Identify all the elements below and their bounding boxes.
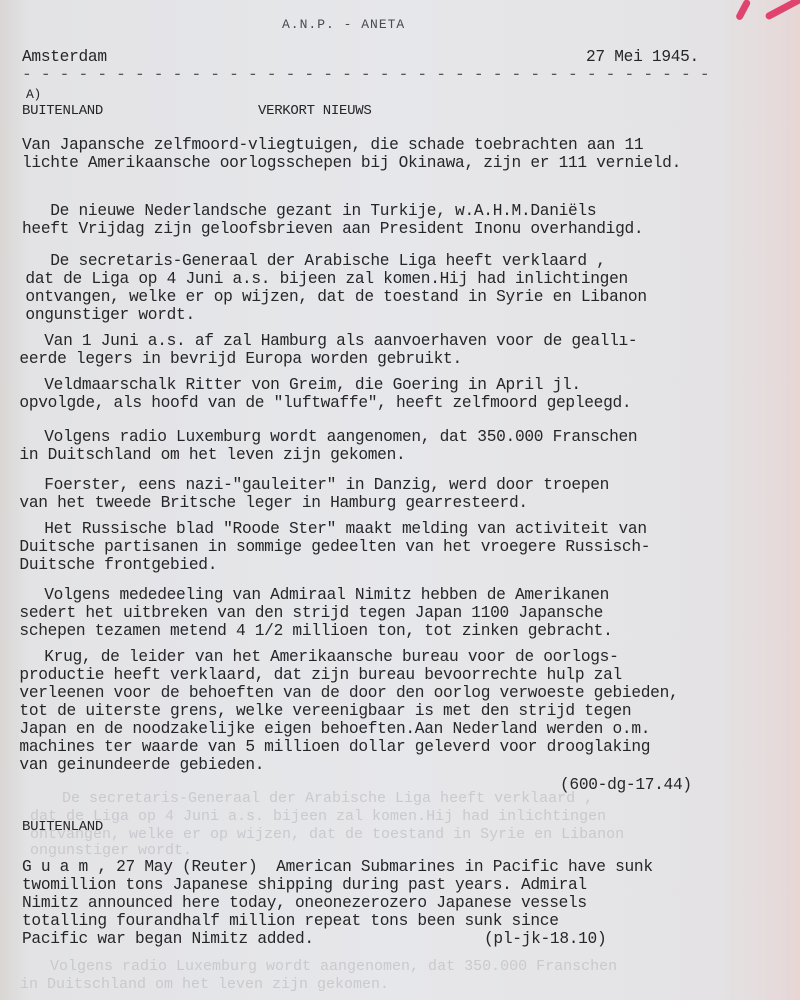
reference-code: (600-dg-17.44): [560, 776, 692, 794]
news-line: lichte Amerikaansche oorlogsschepen bij …: [22, 154, 681, 172]
news-line: Pacific war began Nimitz added.: [22, 930, 314, 948]
bleed-through-text: ongunstiger wordt.: [30, 842, 192, 859]
news-line: schepen tezamen metend 4 1/2 millioen to…: [10, 622, 613, 640]
news-line: Krug, de leider van het Amerikaansche bu…: [16, 648, 619, 666]
news-line: sedert het uitbreken van den strijd tege…: [10, 604, 603, 622]
date: 27 Mei 1945.: [586, 48, 699, 66]
section-heading: BUITENLAND: [22, 102, 103, 120]
news-line: Van 1 Juni a.s. af zal Hamburg als aanvo…: [16, 332, 637, 350]
news-line: Duitsche frontgebied.: [10, 556, 217, 574]
bleed-through-text: in Duitschland om het leven zijn gekomen…: [20, 976, 389, 993]
news-line: ontvangen, welke er op wijzen, dat de to…: [16, 288, 647, 306]
news-line: machines ter waarde van 5 millioen dolla…: [10, 738, 650, 756]
news-line: opvolgde, als hoofd van de "luftwaffe", …: [10, 394, 631, 412]
news-line: De secretaris-Generaal der Arabische Lig…: [22, 252, 606, 270]
red-pencil-mark: [764, 0, 800, 21]
news-line: Van Japansche zelfmoord-vliegtuigen, die…: [22, 136, 643, 154]
news-line: heeft Vrijdag zijn geloofsbrieven aan Pr…: [22, 220, 643, 238]
news-line: ongunstiger wordt.: [16, 306, 195, 324]
agency-header: A.N.P. - ANETA: [282, 16, 405, 34]
section-heading: BUITENLAND: [22, 818, 103, 836]
bleed-through-text: De secretaris-Generaal der Arabische Lig…: [62, 790, 593, 807]
bleed-through-text: Volgens radio Luxemburg wordt aangenomen…: [50, 958, 617, 975]
bleed-through-text: dat de Liga op 4 Juni a.s. bijeen zal ko…: [30, 808, 606, 825]
news-line: De nieuwe Nederlandsche gezant in Turkij…: [22, 202, 596, 220]
news-line: twomillion tons Japanese shipping during…: [22, 876, 587, 894]
news-line: Volgens radio Luxemburg wordt aangenomen…: [16, 428, 637, 446]
section-subheading: VERKORT NIEUWS: [258, 102, 371, 120]
news-line: dat de Liga op 4 Juni a.s. bijeen zal ko…: [16, 270, 628, 288]
news-line: Veldmaarschalk Ritter von Greim, die Goe…: [16, 376, 581, 394]
news-line: totalling fourandhalf million repeat ton…: [22, 912, 559, 930]
news-line: productie heeft verklaard, dat zijn bure…: [10, 666, 622, 684]
place: Amsterdam: [22, 48, 107, 66]
news-line: Duitsche partisanen in sommige gedeelten…: [10, 538, 650, 556]
news-line: van het tweede Britsche leger in Hamburg…: [10, 494, 528, 512]
news-line: tot de uiterste grens, welke vereenigbaa…: [10, 702, 631, 720]
news-line: Het Russische blad "Roode Ster" maakt me…: [16, 520, 647, 538]
news-line: Volgens mededeeling van Admiraal Nimitz …: [16, 586, 609, 604]
news-line: verleenen voor de behoeften van de door …: [10, 684, 678, 702]
news-line: van geinundeerde gebieden.: [10, 756, 264, 774]
news-line: Nimitz announced here today, oneonezeroz…: [22, 894, 587, 912]
news-line: G u a m , 27 May (Reuter) American Subma…: [22, 858, 653, 876]
bleed-through-text: ontvangen, welke er op wijzen, dat de to…: [30, 826, 624, 843]
red-pencil-mark: [735, 0, 752, 21]
reference-code: (pl-jk-18.10): [484, 930, 606, 948]
news-line: eerde legers in bevrijd Europa worden ge…: [10, 350, 462, 368]
news-line: Foerster, eens nazi-"gauleiter" in Danzi…: [16, 476, 609, 494]
news-line: in Duitschland om het leven zijn gekomen…: [10, 446, 405, 464]
separator: - - - - - - - - - - - - - - - - - - - - …: [22, 66, 709, 84]
news-line: Japan en de noodzakelijke eigen behoefte…: [10, 720, 650, 738]
